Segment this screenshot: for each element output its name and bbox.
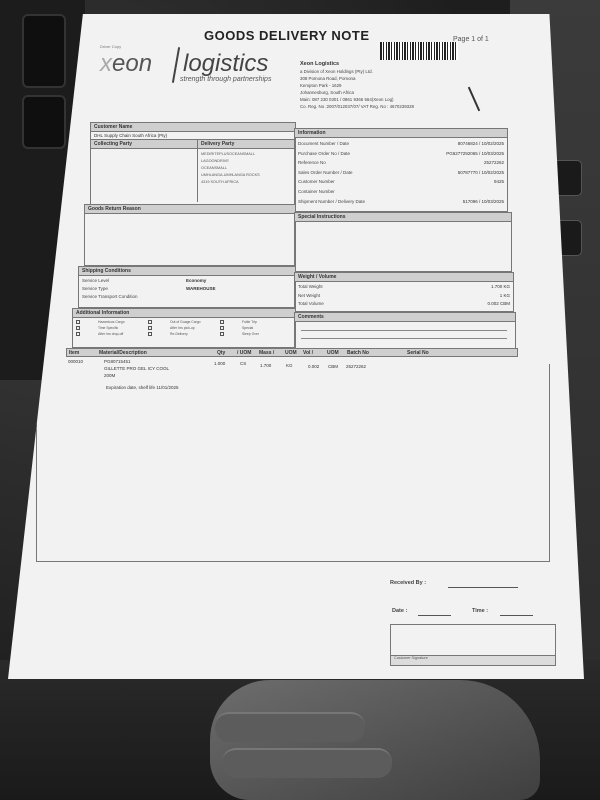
received-by-label: Received By :: [390, 580, 426, 586]
company-line: 308 Pomona Road, Pomona: [300, 75, 414, 82]
comments-header: Comments: [295, 313, 515, 322]
additional-option: Sleep Over: [220, 332, 292, 336]
additional-option-label: After hrs drop-off: [98, 332, 123, 336]
weight-row: Total Volume0.002 CBM: [298, 300, 510, 309]
info-row-label: Container Number: [298, 187, 335, 197]
date-label: Date :: [392, 608, 407, 614]
additional-option-label: Futile Trip: [242, 320, 257, 324]
additional-option: After hrs pick-up: [148, 326, 220, 330]
info-row: Reference No25272262: [298, 158, 504, 168]
comment-line: [301, 338, 507, 339]
info-row-value: PG6277292065 / 10/03/2025: [446, 149, 504, 159]
shipping-section: Shipping Conditions Service LevelEconomy…: [78, 266, 296, 308]
shipping-row: Service Transport Condition: [82, 293, 292, 301]
weight-row: Net Weight1 KG: [298, 292, 510, 301]
logo-logistics: logistics: [183, 50, 268, 78]
finger: [222, 748, 392, 778]
additional-option-label: Hazardous Cargo: [98, 320, 125, 324]
customer-signature-label: Customer Signature: [391, 655, 555, 665]
company-address: Xeon Logistics a Division of Xeon Holdin…: [300, 61, 414, 110]
column-header: Item: [69, 349, 79, 357]
shipping-row-value: Economy: [186, 277, 206, 285]
delivery-address-line: MEDIRITEPLUSOCEANSMALL: [201, 151, 292, 158]
column-header: UOM: [285, 349, 297, 357]
company-line: Kempton Park - 1629: [300, 82, 414, 89]
info-row-value: 25272262: [484, 158, 504, 168]
shipping-row-value: WAREHOUSE: [186, 285, 216, 293]
checkbox[interactable]: [220, 332, 224, 336]
info-row: Purchase Order No / DatePG6277292065 / 1…: [298, 149, 504, 159]
column-header: Batch No: [347, 349, 369, 357]
company-line: Johannesburg, South Africa: [300, 89, 414, 96]
checkbox[interactable]: [148, 326, 152, 330]
shipping-row-label: Service Level: [82, 277, 186, 285]
weight-row-label: Net Weight: [298, 292, 320, 301]
information-header: Information: [295, 129, 507, 138]
logo-tagline: strength through partnerships: [180, 76, 271, 83]
info-row-label: Reference No: [298, 158, 326, 168]
additional-info-header: Additional Information: [73, 309, 295, 318]
info-row-label: Shipment Number / Delivery Date: [298, 197, 365, 207]
delivery-address-line: 4319 SOUTH AFRICA: [201, 179, 292, 186]
additional-option: Special: [220, 326, 292, 330]
shipping-row: Service LevelEconomy: [82, 277, 292, 285]
information-section: Information Document Number / Date807468…: [294, 128, 508, 212]
additional-info-section: Additional Information Hazardous CargoOu…: [72, 308, 296, 348]
additional-option-label: Out of Guage Cargo: [170, 320, 201, 324]
company-line: Co. Reg. No :2007/012037/07/ VAT Reg. No…: [300, 103, 414, 110]
checkbox[interactable]: [220, 320, 224, 324]
column-header: Mass /: [259, 349, 274, 357]
items-area-border: [36, 364, 550, 562]
shipping-row-label: Service Transport Condition: [82, 293, 186, 301]
weight-row-value: 0.002 CBM: [487, 300, 510, 309]
additional-option: Hazardous Cargo: [76, 320, 148, 324]
delivery-party-header: Delivery Party: [198, 140, 295, 149]
info-row-value: 80746824 / 10/02/2025: [458, 139, 504, 149]
received-by-field[interactable]: [448, 587, 518, 588]
column-header: UOM: [327, 349, 339, 357]
page-number: Page 1 of 1: [453, 36, 489, 43]
additional-option-label: Sleep Over: [242, 332, 259, 336]
info-row-value: 517096 / 10/03/2025: [463, 197, 504, 207]
items-table-header: ItemMaterial/DescriptionQty/ UOMMass /UO…: [66, 348, 518, 357]
info-row-label: Customer Number: [298, 177, 335, 187]
pen-mark: [468, 87, 480, 112]
column-header: Serial No: [407, 349, 429, 357]
column-header: Material/Description: [99, 349, 147, 357]
barcode: [380, 42, 458, 60]
customer-section: Customer Name DHL Supply Chain South Afr…: [90, 122, 296, 206]
column-header: Qty: [217, 349, 225, 357]
additional-option-label: Re-Delivery: [170, 332, 188, 336]
air-vent: [22, 95, 66, 149]
time-label: Time :: [472, 608, 488, 614]
weight-row-label: Total Volume: [298, 300, 324, 309]
special-instructions-header: Special Instructions: [295, 213, 511, 222]
info-row: Customer Number9425: [298, 177, 504, 187]
date-field[interactable]: [418, 615, 451, 616]
goods-return-section: Goods Return Reason: [84, 204, 296, 266]
checkbox[interactable]: [148, 320, 152, 324]
copy-label: Driver Copy: [100, 44, 121, 49]
info-row: Document Number / Date80746824 / 10/02/2…: [298, 139, 504, 149]
additional-option: Re-Delivery: [148, 332, 220, 336]
special-instructions-section: Special Instructions: [294, 212, 512, 272]
checkbox[interactable]: [76, 326, 80, 330]
company-line: a Division of Xeon Holdings (Pty) Ltd.: [300, 68, 414, 75]
column-header: / UOM: [237, 349, 251, 357]
info-row-value: 9425: [494, 177, 504, 187]
weight-row-value: 1 KG: [500, 292, 510, 301]
checkbox[interactable]: [148, 332, 152, 336]
info-row-label: Sales Order Number / Date: [298, 168, 353, 178]
customer-name: DHL Supply Chain South Africa (Pty): [91, 132, 295, 140]
goods-return-header: Goods Return Reason: [85, 205, 295, 214]
comments-section: Comments: [294, 312, 516, 350]
column-header: Vol /: [303, 349, 313, 357]
logo-separator: [172, 47, 180, 83]
weight-row-value: 1.700 KG: [491, 283, 510, 292]
delivery-address-line: UMHLANGA-UMHLANGA ROCKS: [201, 172, 292, 179]
logo-xeon: xeon: [100, 50, 152, 78]
info-row: Container Number: [298, 187, 504, 197]
weight-volume-header: Weight / Volume: [295, 273, 513, 282]
delivery-address-line: LAGOONDRIVE: [201, 158, 292, 165]
weight-row: Total Weight1.700 KG: [298, 283, 510, 292]
delivery-note-paper: GOODS DELIVERY NOTE Page 1 of 1 Driver C…: [8, 14, 584, 679]
info-row: Sales Order Number / Date50787770 / 10/0…: [298, 168, 504, 178]
customer-header: Customer Name: [91, 123, 295, 132]
weight-volume-section: Weight / Volume Total Weight1.700 KGNet …: [294, 272, 514, 312]
additional-option-label: Time Specific: [98, 326, 118, 330]
collecting-party-header: Collecting Party: [91, 140, 197, 149]
air-vent: [22, 14, 66, 88]
company-name: Xeon Logistics: [300, 61, 414, 68]
checkbox[interactable]: [76, 320, 80, 324]
info-row-label: Purchase Order No / Date: [298, 149, 350, 159]
info-row: Shipment Number / Delivery Date517096 / …: [298, 197, 504, 207]
checkbox[interactable]: [220, 326, 224, 330]
shipping-row-label: Service Type: [82, 285, 186, 293]
time-field[interactable]: [500, 615, 533, 616]
additional-option-label: After hrs pick-up: [170, 326, 195, 330]
checkbox[interactable]: [76, 332, 80, 336]
shipping-header: Shipping Conditions: [79, 267, 295, 276]
finger: [215, 712, 365, 742]
info-row-value: 50787770 / 10/02/2025: [458, 168, 504, 178]
company-line: Main: 087 230 0301 / 0861 9366 564(Xeon …: [300, 96, 414, 103]
weight-row-label: Total Weight: [298, 283, 323, 292]
shipping-row: Service TypeWAREHOUSE: [82, 285, 292, 293]
comment-line: [301, 330, 507, 331]
additional-option: Time Specific: [76, 326, 148, 330]
info-row-label: Document Number / Date: [298, 139, 349, 149]
additional-option: Out of Guage Cargo: [148, 320, 220, 324]
additional-option-label: Special: [242, 326, 253, 330]
additional-option: Futile Trip: [220, 320, 292, 324]
document-title: GOODS DELIVERY NOTE: [204, 28, 370, 43]
additional-option: After hrs drop-off: [76, 332, 148, 336]
delivery-address-line: OCEANSMALL: [201, 165, 292, 172]
customer-signature-box[interactable]: Customer Signature: [390, 624, 556, 666]
